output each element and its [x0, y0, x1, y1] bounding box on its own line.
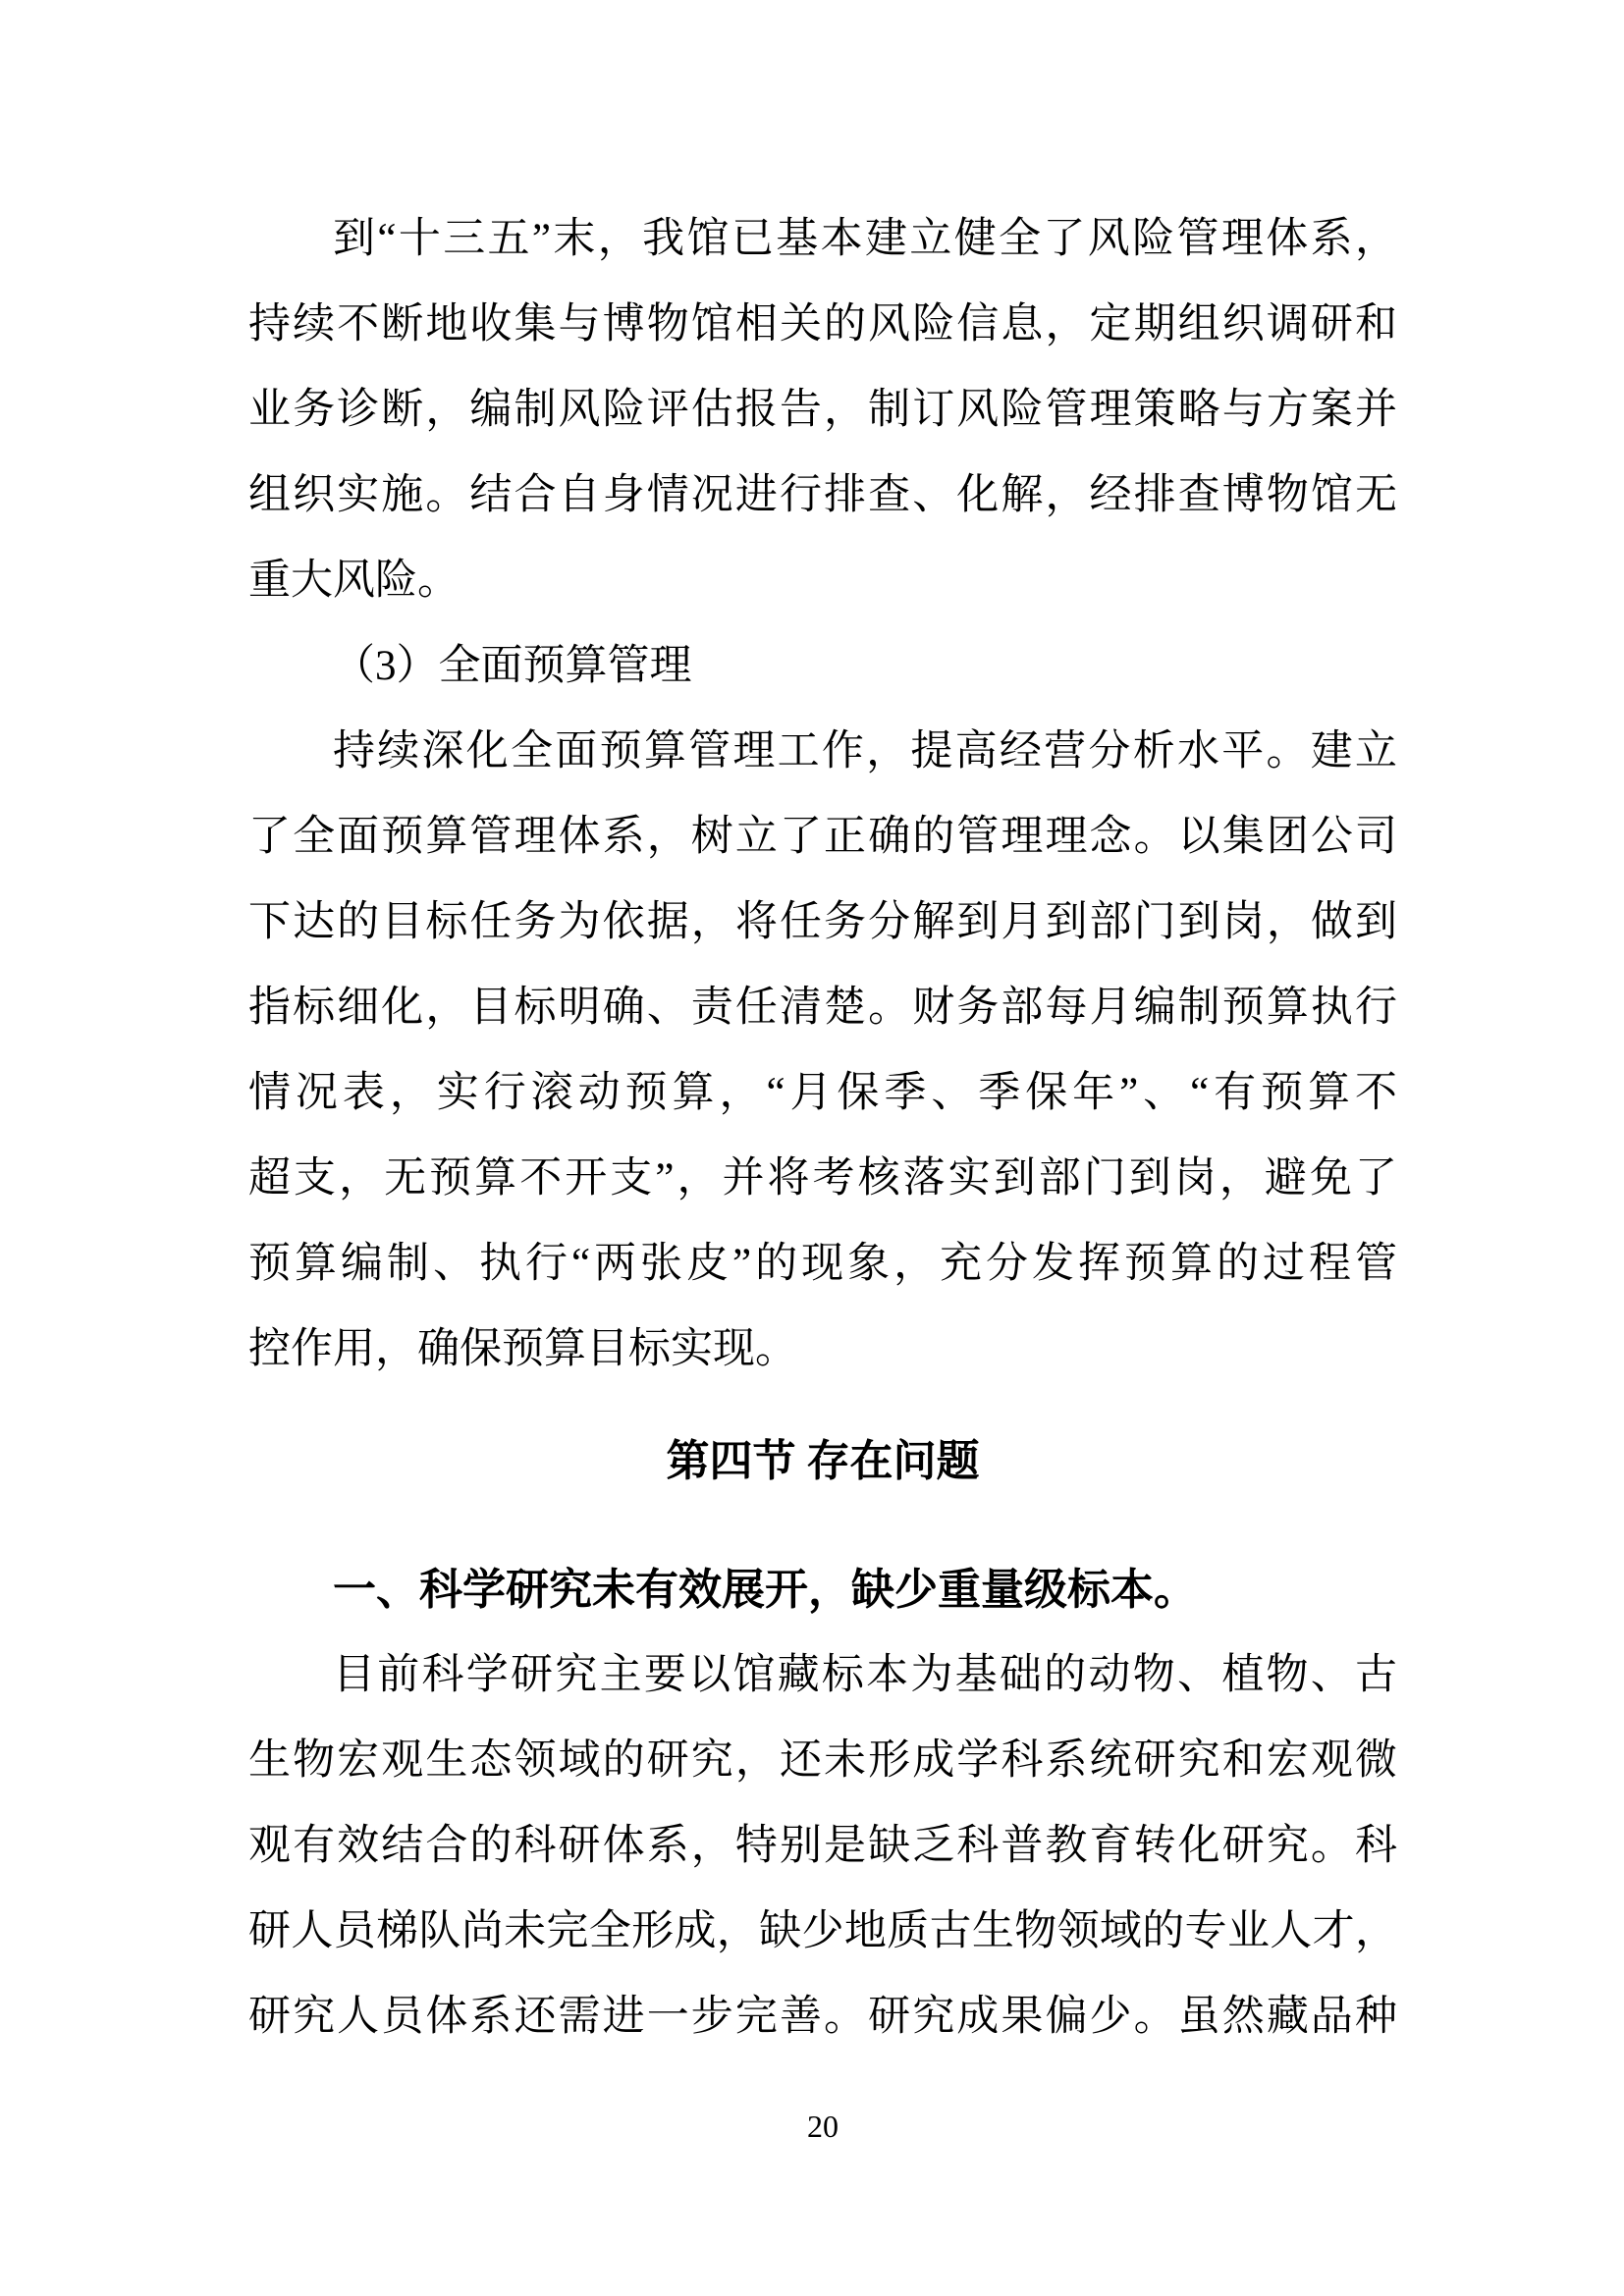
body-text-line: 指标细化，目标明确、责任清楚。财务部每月编制预算执行: [248, 965, 1397, 1050]
body-text-line: 持续不断地收集与博物馆相关的风险信息，定期组织调研和: [248, 282, 1397, 367]
body-text-line: 目前科学研究主要以馆藏标本为基础的动物、植物、古: [248, 1632, 1397, 1718]
body-text-line: 研究人员体系还需进一步完善。研究成果偏少。虽然藏品种: [248, 1974, 1397, 2059]
body-text-line: 研人员梯队尚未完全形成，缺少地质古生物领域的专业人才，: [248, 1889, 1397, 1974]
section-heading: 第四节 存在问题: [248, 1418, 1397, 1504]
body-text-line: 预算编制、执行“两张皮”的现象，充分发挥预算的过程管: [248, 1221, 1397, 1307]
body-text-line: 超支，无预算不开支”，并将考核落实到部门到岗，避免了: [248, 1136, 1397, 1221]
body-text-line: 业务诊断，编制风险评估报告，制订风险管理策略与方案并: [248, 367, 1397, 453]
body-text-line: 情况表，实行滚动预算，“月保季、季保年”、“有预算不: [248, 1050, 1397, 1136]
body-text-line: 控作用，确保预算目标实现。: [248, 1307, 1397, 1392]
body-text-line: 到“十三五”末，我馆已基本建立健全了风险管理体系，: [248, 196, 1397, 282]
body-text-line: 下达的目标任务为依据，将任务分解到月到部门到岗，做到: [248, 880, 1397, 965]
body-text-line: 组织实施。结合自身情况进行排查、化解，经排查博物馆无: [248, 453, 1397, 538]
body-text-line: （3）全面预算管理: [248, 623, 1397, 709]
body-text-line: 持续深化全面预算管理工作，提高经营分析水平。建立: [248, 709, 1397, 794]
document-body: 到“十三五”末，我馆已基本建立健全了风险管理体系，持续不断地收集与博物馆相关的风…: [248, 196, 1397, 2059]
body-text-line: 了全面预算管理体系，树立了正确的管理理念。以集团公司: [248, 794, 1397, 880]
body-text-line: 观有效结合的科研体系，特别是缺乏科普教育转化研究。科: [248, 1803, 1397, 1889]
body-text-line: 重大风险。: [248, 538, 1397, 623]
body-text-line: 生物宏观生态领域的研究，还未形成学科系统研究和宏观微: [248, 1718, 1397, 1803]
document-page: 到“十三五”末，我馆已基本建立健全了风险管理体系，持续不断地收集与博物馆相关的风…: [0, 0, 1624, 2296]
page-number: 20: [248, 2107, 1397, 2146]
subsection-heading: 一、科学研究未有效展开，缺少重量级标本。: [248, 1547, 1397, 1632]
